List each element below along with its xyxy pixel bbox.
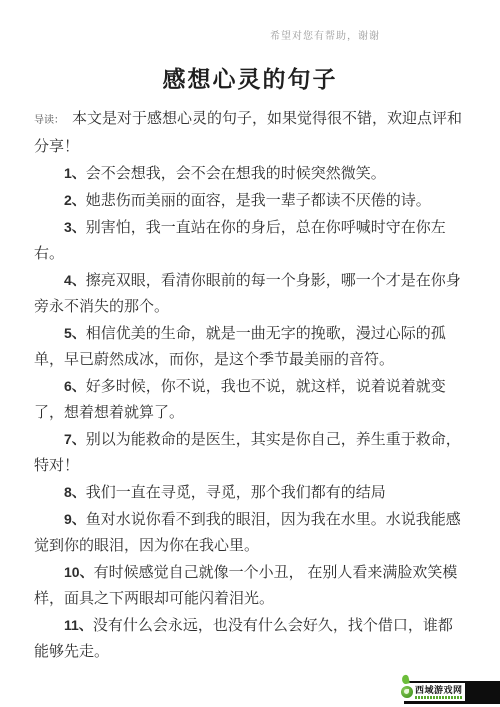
sentence-item: 6、好多时候，你不说，我也不说，就这样，说着说着就变了，想着想着就算了。 [34,373,466,426]
sentence-item: 3、别害怕，我一直站在你的身后，总在你呼喊时守在你左右。 [34,214,466,267]
item-number: 5、 [64,325,86,341]
item-number: 2、 [64,192,86,208]
sentence-item: 4、擦亮双眼，看清你眼前的每一个身影，哪一个才是在你身旁永不消失的那个。 [34,267,466,320]
sprout-icon [401,674,410,684]
document-page: 希望对您有帮助，谢谢 感想心灵的句子 导读：本文是对于感想心灵的句子，如果觉得很… [0,0,500,707]
item-text: 擦亮双眼，看清你眼前的每一个身影，哪一个才是在你身旁永不消失的那个。 [34,273,461,315]
logo-text-column: 西域游戏网 [415,685,463,699]
item-number: 11、 [64,617,93,633]
sentence-item: 11、没有什么会永远，也没有什么会好久，找个借口，谁都能够先走。 [34,612,466,665]
sentence-item: 7、别以为能救命的是医生，其实是你自己，养生重于救命，特对！ [34,426,466,479]
item-number: 6、 [64,378,86,394]
item-number: 7、 [64,431,86,447]
item-text: 好多时候，你不说，我也不说，就这样，说着说着就变了，想着想着就算了。 [34,379,446,421]
sentence-item: 1、会不会想我，会不会在想我的时候突然微笑。 [34,160,466,187]
page-title: 感想心灵的句子 [0,0,500,96]
item-number: 1、 [64,165,86,181]
item-number: 4、 [64,272,86,288]
item-number: 3、 [64,219,86,235]
lead-label: 导读： [34,115,72,126]
leaf-icon [401,686,413,698]
item-number: 8、 [64,484,86,500]
lead-paragraph: 导读：本文是对于感想心灵的句子，如果觉得很不错，欢迎点评和分享！ [34,106,466,160]
item-text: 别以为能救命的是医生，其实是你自己，养生重于救命，特对！ [34,432,461,474]
sentence-item: 9、鱼对水说你看不到我的眼泪，因为我在水里。水说我能感觉到你的眼泪，因为你在我心… [34,506,466,559]
item-text: 相信优美的生命，就是一曲无字的挽歌，漫过心际的孤单，早已蔚然成冰，而你，是这个季… [34,326,446,368]
lead-text: 本文是对于感想心灵的句子，如果觉得很不错，欢迎点评和分享！ [34,111,462,155]
header-note: 希望对您有帮助，谢谢 [0,27,380,42]
sentence-item: 2、她悲伤而美丽的面容，是我一辈子都读不厌倦的诗。 [34,187,466,214]
sentence-item: 8、我们一直在寻觅，寻觅，那个我们都有的结局 [34,479,466,506]
sentence-item: 10、有时候感觉自己就像一个小丑， 在别人看来满脸欢笑模样，面具之下两眼却可能闪… [34,559,466,612]
item-text: 有时候感觉自己就像一个小丑， 在别人看来满脸欢笑模样，面具之下两眼却可能闪着泪光… [34,565,457,607]
item-text: 鱼对水说你看不到我的眼泪，因为我在水里。水说我能感觉到你的眼泪，因为你在我心里。 [34,512,461,554]
item-text: 她悲伤而美丽的面容，是我一辈子都读不厌倦的诗。 [86,193,431,209]
logo-site-name: 西域游戏网 [415,685,463,695]
sentence-item: 5、相信优美的生命，就是一曲无字的挽歌，漫过心际的孤单，早已蔚然成冰，而你，是这… [34,320,466,373]
item-text: 别害怕，我一直站在你的身后，总在你呼喊时守在你左右。 [34,220,446,262]
item-text: 没有什么会永远，也没有什么会好久，找个借口，谁都能够先走。 [34,618,453,660]
item-text: 我们一直在寻觅，寻觅，那个我们都有的结局 [86,485,386,501]
site-logo: 西域游戏网 [399,683,465,701]
item-text: 会不会想我，会不会在想我的时候突然微笑。 [86,166,386,182]
item-number: 9、 [64,511,86,527]
document-body: 导读：本文是对于感想心灵的句子，如果觉得很不错，欢迎点评和分享！ 1、会不会想我… [34,106,466,665]
watermark-block: 西域游戏网 [404,681,500,704]
item-number: 10、 [64,564,94,580]
logo-tagline [415,696,462,699]
